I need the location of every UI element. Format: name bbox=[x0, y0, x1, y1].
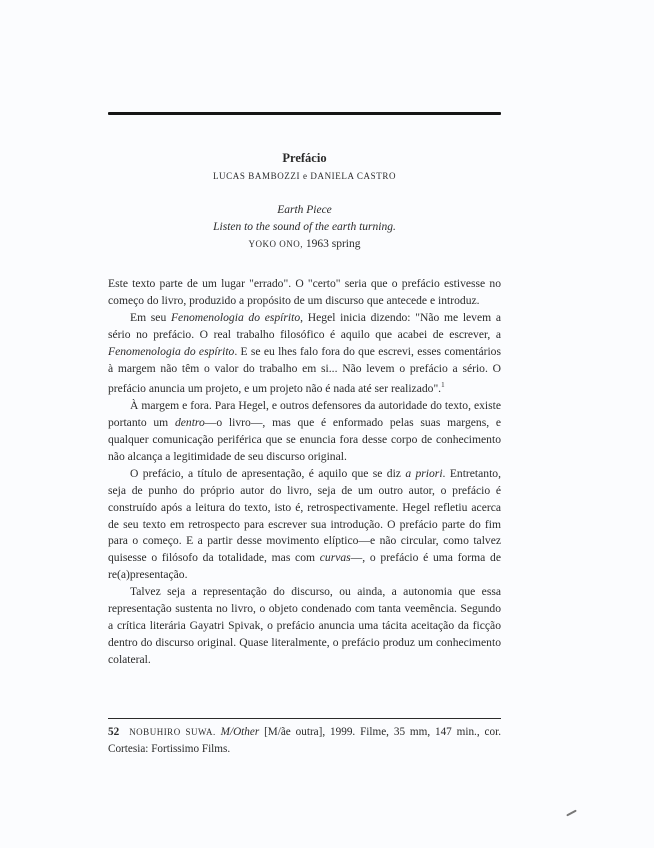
epigraph-line: Listen to the sound of the earth turning… bbox=[108, 221, 501, 233]
top-rule bbox=[108, 112, 501, 115]
caption-work: M/Other bbox=[221, 726, 260, 738]
paragraph-5: Talvez seja a representação do discurso,… bbox=[108, 584, 501, 669]
caption-artist: NOBUHIRO SUWA. bbox=[129, 727, 216, 737]
authors: LUCAS BAMBOZZI e DANIELA CASTRO bbox=[108, 171, 501, 181]
paragraph-1: Este texto parte de um lugar "errado". O… bbox=[108, 276, 501, 310]
epigraph-attribution: YOKO ONO, 1963 spring bbox=[108, 238, 501, 250]
body-text: Este texto parte de um lugar "errado". O… bbox=[108, 276, 501, 669]
footnote-ref: 1 bbox=[441, 381, 445, 389]
epigraph-title: Earth Piece bbox=[108, 204, 501, 216]
caption-rule bbox=[108, 718, 501, 719]
figure-caption: 52NOBUHIRO SUWA. M/Other [M/ãe outra], 1… bbox=[108, 724, 501, 757]
page-title: Prefácio bbox=[108, 151, 501, 166]
epigraph-date: 1963 spring bbox=[306, 238, 361, 250]
scan-mark bbox=[566, 810, 577, 817]
figure-number: 52 bbox=[108, 726, 119, 738]
epigraph-author: YOKO ONO, bbox=[249, 239, 304, 249]
paragraph-3: À margem e fora. Para Hegel, e outros de… bbox=[108, 398, 501, 466]
paragraph-4: O prefácio, a título de apresentação, é … bbox=[108, 466, 501, 584]
paragraph-2: Em seu Fenomenologia do espírito, Hegel … bbox=[108, 310, 501, 398]
